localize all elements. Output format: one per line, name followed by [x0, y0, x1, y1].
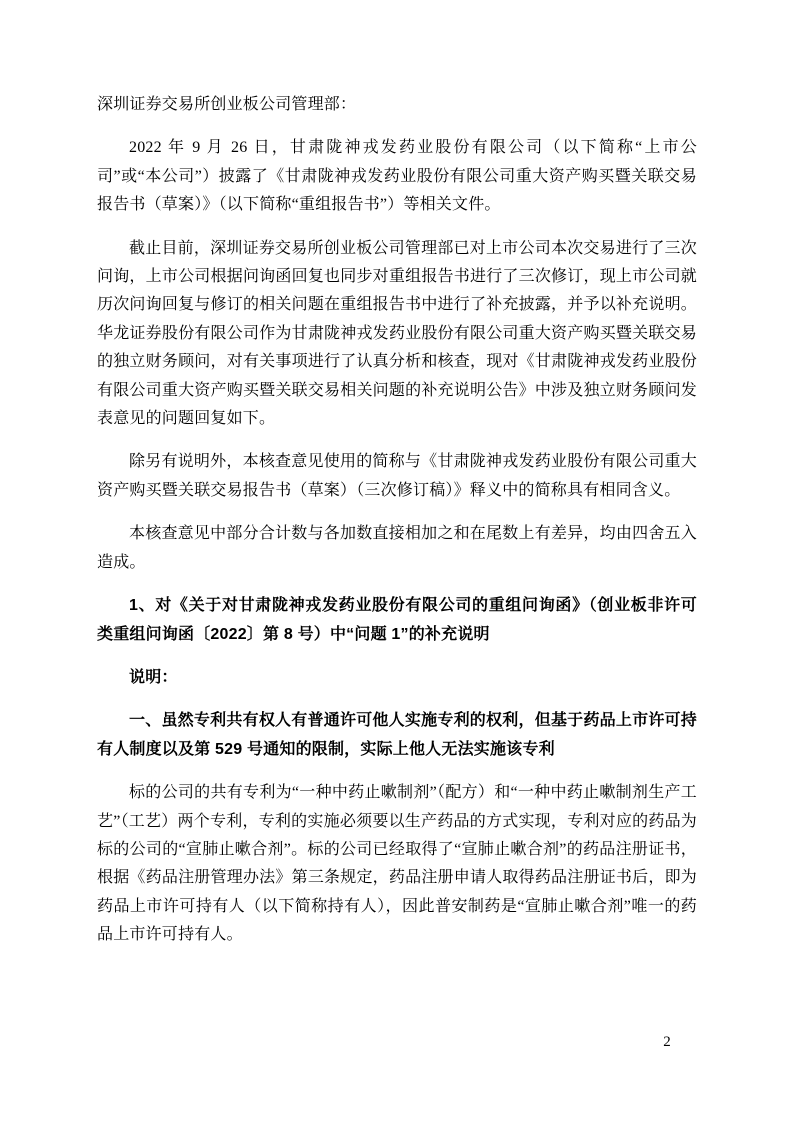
body-paragraph: 标的公司的共有专利为“一种中药止嗽制剂”（配方）和“一种中药止嗽制剂生产工艺”（…: [97, 779, 697, 949]
salutation-line: 深圳证券交易所创业板公司管理部：: [97, 91, 697, 119]
body-paragraph: 本核查意见中部分合计数与各加数直接相加之和在尾数上有差异，均由四舍五入造成。: [97, 520, 697, 577]
document-page: 深圳证券交易所创业板公司管理部：2022 年 9 月 26 日，甘肃陇神戎发药业…: [0, 0, 793, 1122]
section-heading: 1、对《关于对甘肃陇神戎发药业股份有限公司的重组问询函》（创业板非许可类重组问询…: [97, 592, 697, 649]
body-paragraph: 2022 年 9 月 26 日，甘肃陇神戎发药业股份有限公司（以下简称“上市公司…: [97, 134, 697, 219]
body-paragraph: 截止目前，深圳证券交易所创业板公司管理部已对上市公司本次交易进行了三次问询，上市…: [97, 235, 697, 434]
section-heading: 一、虽然专利共有权人有普通许可他人实施专利的权利，但基于药品上市许可持有人制度以…: [97, 707, 697, 764]
body-paragraph: 除另有说明外，本核查意见使用的简称与《甘肃陇神戎发药业股份有限公司重大资产购买暨…: [97, 448, 697, 505]
document-content: 深圳证券交易所创业板公司管理部：2022 年 9 月 26 日，甘肃陇神戎发药业…: [97, 91, 697, 965]
section-heading: 说明：: [97, 664, 697, 692]
page-number: 2: [655, 1034, 679, 1051]
